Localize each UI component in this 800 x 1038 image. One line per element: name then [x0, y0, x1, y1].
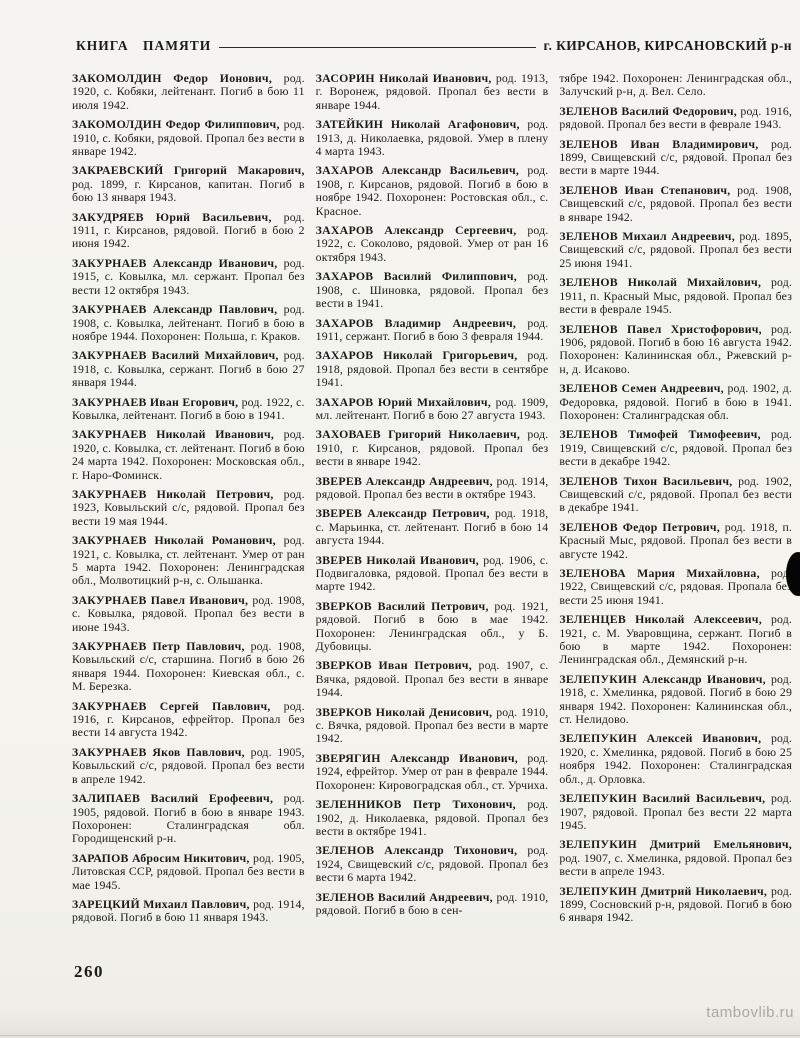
memorial-entry: ЗАКУРНАЕВ Александр Павлович, род. 1908,…: [72, 303, 305, 343]
entry-name: ЗЕЛЕПУКИН Василий Васильевич,: [559, 791, 771, 805]
memorial-entry: ЗАХАРОВ Александр Васильевич, род. 1908,…: [316, 164, 549, 218]
entry-name: ЗЕЛЕНОВ Тимофей Тимофеевич,: [559, 427, 771, 441]
library-watermark: tambovlib.ru: [706, 1004, 794, 1021]
entry-name: ЗАХАРОВ Александр Сергеевич,: [316, 223, 528, 237]
entry-name: ЗАКУРНАЕВ Василий Михайлович,: [72, 348, 284, 362]
entry-name: ЗЕЛЕНОВ Тихон Васильевич,: [559, 474, 738, 488]
memorial-entry: ЗЕЛЕНОВ Тихон Васильевич, род. 1902, Сви…: [559, 475, 792, 515]
scan-bottom-edge: [0, 1035, 800, 1037]
memorial-entry: ЗАКУРНАЕВ Сергей Павлович, род. 1916, г.…: [72, 700, 305, 740]
memorial-entry: ЗВЕРКОВ Василий Петрович, род. 1921, ряд…: [316, 600, 549, 654]
memorial-entry: ЗВЕРЯГИН Александр Иванович, род. 1924, …: [316, 752, 549, 792]
entry-name: ЗВЕРЕВ Николай Иванович,: [316, 553, 484, 567]
column-1: ЗАКОМОЛДИН Федор Ионович, род. 1920, с. …: [72, 72, 305, 931]
entry-name: ЗАКУРНАЕВ Павел Иванович,: [72, 593, 252, 607]
memorial-entry: ЗВЕРЕВ Николай Иванович, род. 1906, с. П…: [316, 554, 549, 594]
entry-name: ЗЕЛЕНОВ Михаил Андреевич,: [559, 229, 739, 243]
column-3: тябре 1942. Похоронен: Ленинградская обл…: [559, 72, 792, 931]
entry-name: ЗАКУРНАЕВ Сергей Павлович,: [72, 699, 284, 713]
entry-name: ЗЕЛЕНОВ Николай Михайлович,: [559, 275, 771, 289]
memorial-entry: ЗЕЛЕНОВА Мария Михайловна, род. 1922, Св…: [559, 567, 792, 607]
memorial-entry: ЗЕЛЕПУКИН Дмитрий Николаевич, род. 1899,…: [559, 885, 792, 925]
entry-text: род. 1907, с. Хмелинка, рядовой. Пропал …: [559, 851, 792, 878]
entry-text: род. 1899, г. Кирсанов, капитан. Погиб в…: [72, 177, 305, 204]
entry-name: ЗЕЛЕННИКОВ Петр Тихонович,: [316, 797, 528, 811]
entry-name: ЗЕЛЕПУКИН Александр Иванович,: [559, 672, 771, 686]
entry-name: ЗВЕРЯГИН Александр Иванович,: [316, 751, 528, 765]
memorial-entry: ЗАРЕЦКИЙ Михаил Павлович, род. 1914, ряд…: [72, 898, 305, 925]
memorial-entry: ЗЕЛЕПУКИН Александр Иванович, род. 1918,…: [559, 673, 792, 727]
entry-name: ЗАКОМОЛДИН Федор Филиппович,: [72, 117, 284, 131]
entry-name: ЗАРЕЦКИЙ Михаил Павлович,: [72, 897, 253, 911]
memorial-entry: ЗВЕРКОВ Николай Денисович, род. 1910, с.…: [316, 706, 549, 746]
memorial-entry: ЗЕЛЕНОВ Иван Степанович, род. 1908, Свищ…: [559, 184, 792, 224]
district-heading: г. КИРСАНОВ, КИРСАНОВСКИЙ р-н: [544, 38, 792, 54]
page-number: 260: [74, 962, 104, 982]
memorial-entry: ЗАХАРОВ Василий Филиппович, род. 1908, с…: [316, 270, 549, 310]
memorial-entry: ЗЕЛЕПУКИН Василий Васильевич, род. 1907,…: [559, 792, 792, 832]
memorial-entry: тябре 1942. Похоронен: Ленинградская обл…: [559, 72, 792, 99]
memorial-entry: ЗАКУРНАЕВ Николай Петрович, род. 1923, К…: [72, 488, 305, 528]
entries-area: ЗАКОМОЛДИН Федор Ионович, род. 1920, с. …: [72, 72, 792, 931]
memorial-entry: ЗАХАРОВ Николай Григорьевич, род. 1918, …: [316, 349, 549, 389]
entry-name: ЗАКУРНАЕВ Петр Павлович,: [72, 639, 251, 653]
memorial-entry: ЗЕЛЕПУКИН Дмитрий Емельянович, род. 1907…: [559, 838, 792, 878]
memorial-entry: ЗАЛИПАЕВ Василий Ерофеевич, род. 1905, р…: [72, 792, 305, 846]
entry-name: ЗАКУРНАЕВ Николай Романович,: [72, 533, 284, 547]
entry-name: ЗЕЛЕНОВ Семен Андреевич,: [559, 381, 727, 395]
memorial-entry: ЗАКОМОЛДИН Федор Ионович, род. 1920, с. …: [72, 72, 305, 112]
memorial-entry: ЗЕЛЕНОВ Семен Андреевич, род. 1902, д. Ф…: [559, 382, 792, 422]
memorial-entry: ЗАКРАЕВСКИЙ Григорий Макарович, род. 189…: [72, 164, 305, 204]
entry-name: ЗЕЛЕНОВ Василий Федорович,: [559, 104, 740, 118]
memorial-entry: ЗАКУРНАЕВ Александр Иванович, род. 1915,…: [72, 257, 305, 297]
memorial-entry: ЗЕЛЕНОВ Иван Владимирович, род. 1899, Св…: [559, 138, 792, 178]
entry-text: тябре 1942. Похоронен: Ленинградская обл…: [559, 71, 792, 98]
entry-name: ЗЕЛЕНОВ Иван Владимирович,: [559, 137, 771, 151]
memorial-entry: ЗАКУРНАЕВ Иван Егорович, род. 1922, с. К…: [72, 396, 305, 423]
memorial-entry: ЗАКУРНАЕВ Николай Иванович, род. 1920, с…: [72, 428, 305, 482]
memorial-entry: ЗАХАРОВ Владимир Андреевич, род. 1911, с…: [316, 317, 549, 344]
memorial-entry: ЗЕЛЕПУКИН Алексей Иванович, род. 1920, с…: [559, 732, 792, 786]
entry-name: ЗЕЛЕНОВ Александр Тихонович,: [316, 843, 528, 857]
memorial-entry: ЗАКОМОЛДИН Федор Филиппович, род. 1910, …: [72, 118, 305, 158]
entry-name: ЗВЕРЕВ Александр Петрович,: [316, 506, 495, 520]
entry-name: ЗВЕРКОВ Николай Денисович,: [316, 705, 497, 719]
memorial-entry: ЗАРАПОВ Абросим Никитович, род. 1905, Ли…: [72, 852, 305, 892]
memorial-entry: ЗЕЛЕНЦЕВ Николай Алексеевич, род. 1921, …: [559, 613, 792, 667]
memorial-entry: ЗЕЛЕНОВ Николай Михайлович, род. 1911, п…: [559, 276, 792, 316]
memorial-book-page: КНИГА ПАМЯТИ г. КИРСАНОВ, КИРСАНОВСКИЙ р…: [0, 0, 800, 1038]
entry-name: ЗАХАРОВ Василий Филиппович,: [316, 269, 528, 283]
memorial-entry: ЗАХАРОВ Юрий Михайлович, род. 1909, мл. …: [316, 396, 549, 423]
memorial-entry: ЗЕЛЕННИКОВ Петр Тихонович, род. 1902, д.…: [316, 798, 549, 838]
memorial-entry: ЗЕЛЕНОВ Павел Христофорович, род. 1906, …: [559, 323, 792, 377]
entry-name: ЗВЕРКОВ Иван Петрович,: [316, 658, 479, 672]
memorial-entry: ЗВЕРЕВ Александр Петрович, род. 1918, с.…: [316, 507, 549, 547]
memorial-entry: ЗАКУРНАЕВ Павел Иванович, род. 1908, с. …: [72, 594, 305, 634]
entry-name: ЗЕЛЕНОВ Федор Петрович,: [559, 520, 724, 534]
entry-name: ЗЕЛЕНОВА Мария Михайловна,: [559, 566, 771, 580]
memorial-entry: ЗАСОРИН Николай Иванович, род. 1913, г. …: [316, 72, 549, 112]
memorial-entry: ЗЕЛЕНОВ Тимофей Тимофеевич, род. 1919, С…: [559, 428, 792, 468]
entry-name: ЗАЛИПАЕВ Василий Ерофеевич,: [72, 791, 284, 805]
header-rule: [219, 47, 535, 48]
entry-name: ЗЕЛЕНЦЕВ Николай Алексеевич,: [559, 612, 771, 626]
page-header: КНИГА ПАМЯТИ г. КИРСАНОВ, КИРСАНОВСКИЙ р…: [76, 38, 792, 54]
entry-name: ЗАХОВАЕВ Григорий Николаевич,: [316, 427, 528, 441]
entry-name: ЗАКОМОЛДИН Федор Ионович,: [72, 71, 284, 85]
entry-name: ЗЕЛЕПУКИН Дмитрий Емельянович,: [559, 837, 792, 851]
memorial-entry: ЗЕЛЕНОВ Александр Тихонович, род. 1924, …: [316, 844, 549, 884]
memorial-entry: ЗЕЛЕНОВ Василий Федорович, род. 1916, ря…: [559, 105, 792, 132]
entry-name: ЗАХАРОВ Юрий Михайлович,: [316, 395, 496, 409]
entry-name: ЗАТЕЙКИН Николай Агафонович,: [316, 117, 528, 131]
memorial-entry: ЗАКУРНАЕВ Василий Михайлович, род. 1918,…: [72, 349, 305, 389]
memorial-entry: ЗЕЛЕНОВ Федор Петрович, род. 1918, п. Кр…: [559, 521, 792, 561]
entry-name: ЗВЕРЕВ Александр Андреевич,: [316, 474, 497, 488]
entry-name: ЗАКУРНАЕВ Яков Павлович,: [72, 745, 251, 759]
entry-name: ЗЕЛЕПУКИН Дмитрий Николаевич,: [559, 884, 771, 898]
memorial-entry: ЗЕЛЕНОВ Василий Андреевич, род. 1910, ря…: [316, 891, 549, 918]
entry-name: ЗАКУРНАЕВ Александр Иванович,: [72, 256, 284, 270]
entry-name: ЗЕЛЕНОВ Павел Христофорович,: [559, 322, 771, 336]
entry-name: ЗАХАРОВ Александр Васильевич,: [316, 163, 528, 177]
memorial-entry: ЗВЕРКОВ Иван Петрович, род. 1907, с. Вяч…: [316, 659, 549, 699]
memorial-entry: ЗАКУРНАЕВ Николай Романович, род. 1921, …: [72, 534, 305, 588]
memorial-entry: ЗАХОВАЕВ Григорий Николаевич, род. 1910,…: [316, 428, 549, 468]
memorial-entry: ЗАХАРОВ Александр Сергеевич, род. 1922, …: [316, 224, 549, 264]
entry-name: ЗАКРАЕВСКИЙ Григорий Макарович,: [72, 163, 305, 177]
entry-name: ЗАКУРНАЕВ Николай Петрович,: [72, 487, 284, 501]
entry-name: ЗАХАРОВ Владимир Андреевич,: [316, 316, 528, 330]
memorial-entry: ЗВЕРЕВ Александр Андреевич, род. 1914, р…: [316, 475, 549, 502]
entry-name: ЗАКУРНАЕВ Иван Егорович,: [72, 395, 242, 409]
entry-name: ЗЕЛЕНОВ Василий Андреевич,: [316, 890, 497, 904]
entry-name: ЗАРАПОВ Абросим Никитович,: [72, 851, 253, 865]
entry-name: ЗЕЛЕПУКИН Алексей Иванович,: [559, 731, 771, 745]
column-2: ЗАСОРИН Николай Иванович, род. 1913, г. …: [316, 72, 549, 931]
memorial-entry: ЗАКУРНАЕВ Петр Павлович, род. 1908, Ковы…: [72, 640, 305, 694]
book-title: КНИГА ПАМЯТИ: [76, 38, 211, 54]
entry-name: ЗАКУРНАЕВ Александр Павлович,: [72, 302, 284, 316]
entry-name: ЗЕЛЕНОВ Иван Степанович,: [559, 183, 737, 197]
memorial-entry: ЗАТЕЙКИН Николай Агафонович, род. 1913, …: [316, 118, 549, 158]
entry-name: ЗАКУРНАЕВ Николай Иванович,: [72, 427, 284, 441]
entry-name: ЗВЕРКОВ Василий Петрович,: [316, 599, 495, 613]
entry-name: ЗАСОРИН Николай Иванович,: [316, 71, 496, 85]
entry-name: ЗАХАРОВ Николай Григорьевич,: [316, 348, 528, 362]
memorial-entry: ЗАКУДРЯЕВ Юрий Васильевич, род. 1911, г.…: [72, 211, 305, 251]
entry-name: ЗАКУДРЯЕВ Юрий Васильевич,: [72, 210, 284, 224]
memorial-entry: ЗЕЛЕНОВ Михаил Андреевич, род. 1895, Сви…: [559, 230, 792, 270]
memorial-entry: ЗАКУРНАЕВ Яков Павлович, род. 1905, Ковы…: [72, 746, 305, 786]
